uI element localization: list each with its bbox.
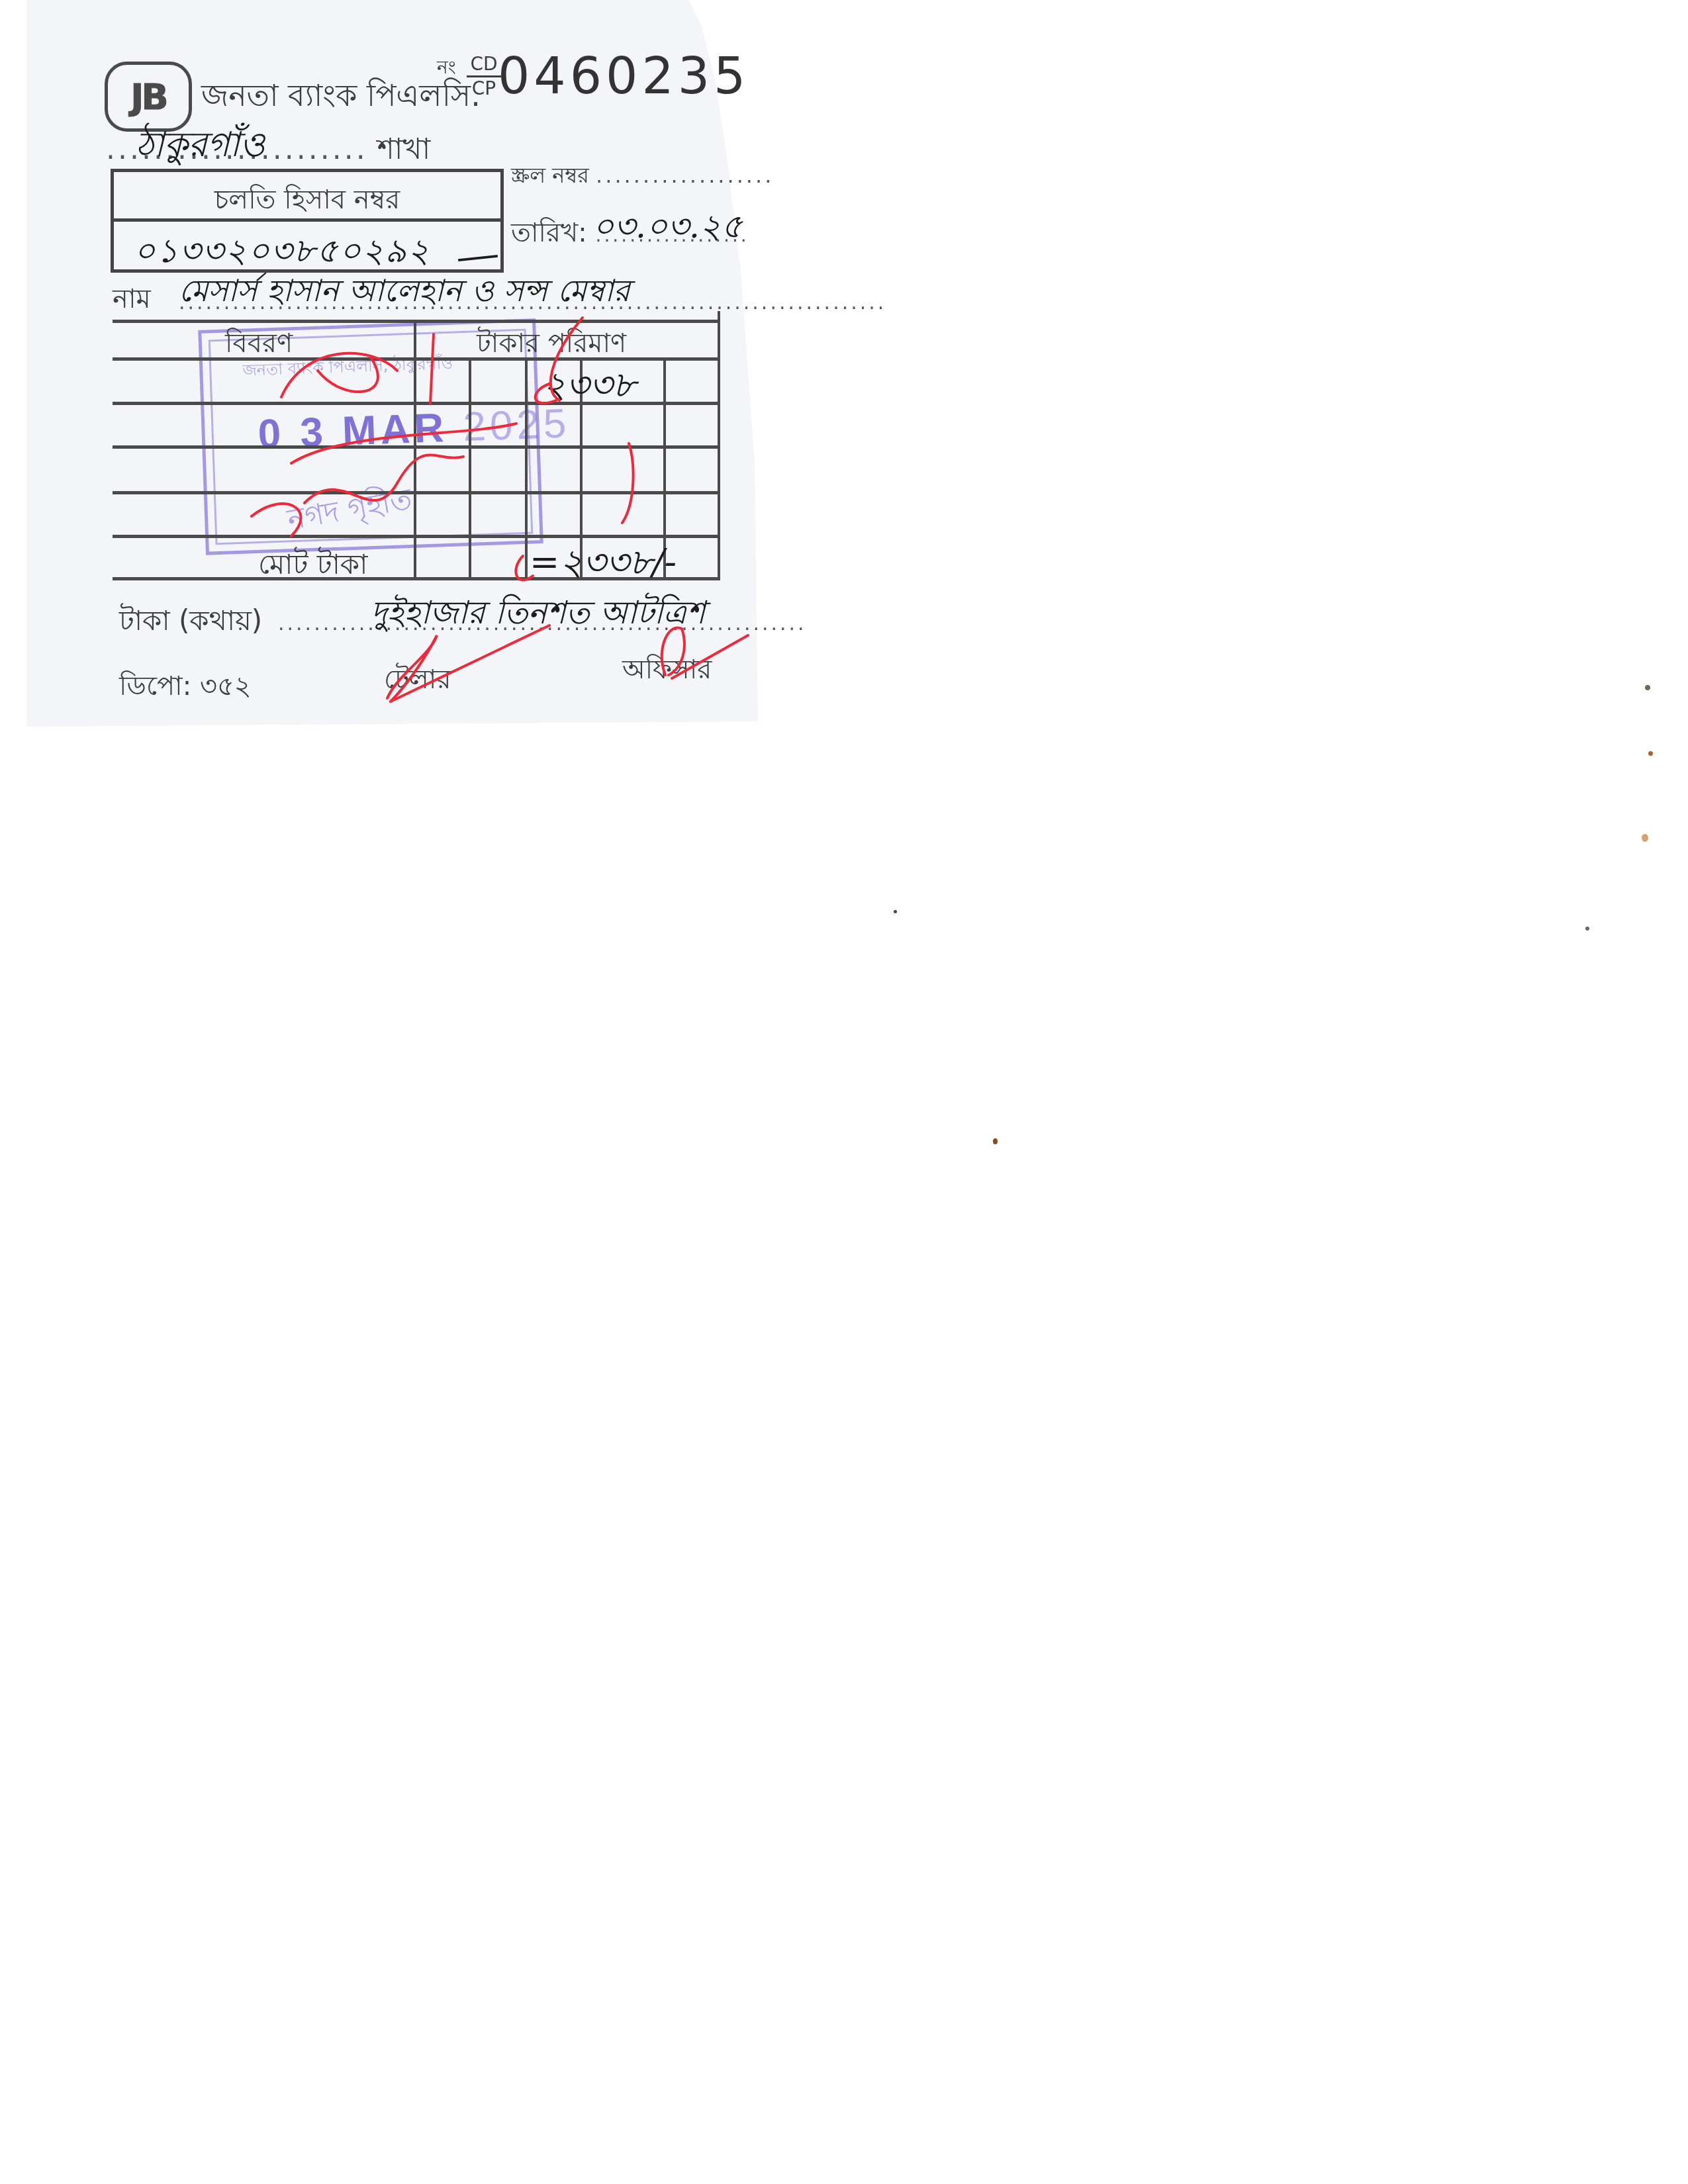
red-signature-stroke <box>291 424 516 463</box>
speck <box>1645 685 1650 690</box>
red-pen-marks <box>0 0 1688 2184</box>
speck <box>894 910 897 913</box>
speck <box>1648 751 1653 756</box>
speck <box>993 1138 998 1144</box>
red-signature-stroke <box>281 353 397 397</box>
red-signature-stroke <box>252 504 301 536</box>
red-signature-stroke <box>430 334 434 404</box>
red-signature-stroke <box>622 443 633 523</box>
red-signature-stroke <box>305 455 463 504</box>
red-signature-stroke <box>551 318 583 400</box>
speck <box>1585 927 1589 931</box>
speck <box>1642 834 1648 842</box>
red-officer-initial <box>662 627 684 675</box>
red-signature-stroke <box>516 556 533 580</box>
